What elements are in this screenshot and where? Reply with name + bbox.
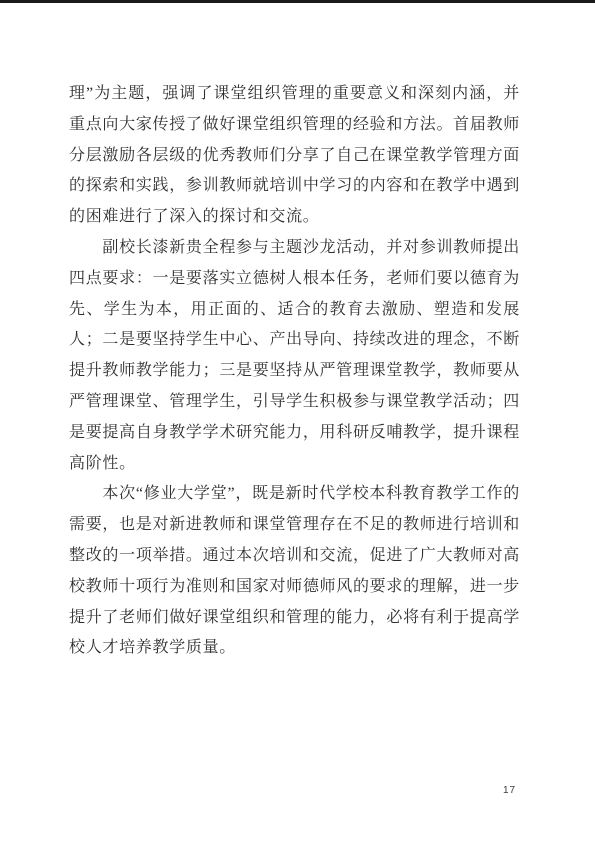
paragraph-2: 副校长漆新贵全程参与主题沙龙活动，并对参训教师提出四点要求：一是要落实立德树人根… <box>69 233 520 479</box>
page-top-edge <box>0 0 595 3</box>
page-number: 17 <box>503 785 516 796</box>
paragraph-1: 理”为主题，强调了课堂组织管理的重要意义和深刻内涵，并重点向大家传授了做好课堂组… <box>69 79 520 233</box>
paragraph-3: 本次“修业大学堂”，既是新时代学校本科教育教学工作的需要，也是对新进教师和课堂管… <box>69 479 520 664</box>
document-body: 理”为主题，强调了课堂组织管理的重要意义和深刻内涵，并重点向大家传授了做好课堂组… <box>69 79 520 664</box>
document-page: 理”为主题，强调了课堂组织管理的重要意义和深刻内涵，并重点向大家传授了做好课堂组… <box>0 0 595 841</box>
